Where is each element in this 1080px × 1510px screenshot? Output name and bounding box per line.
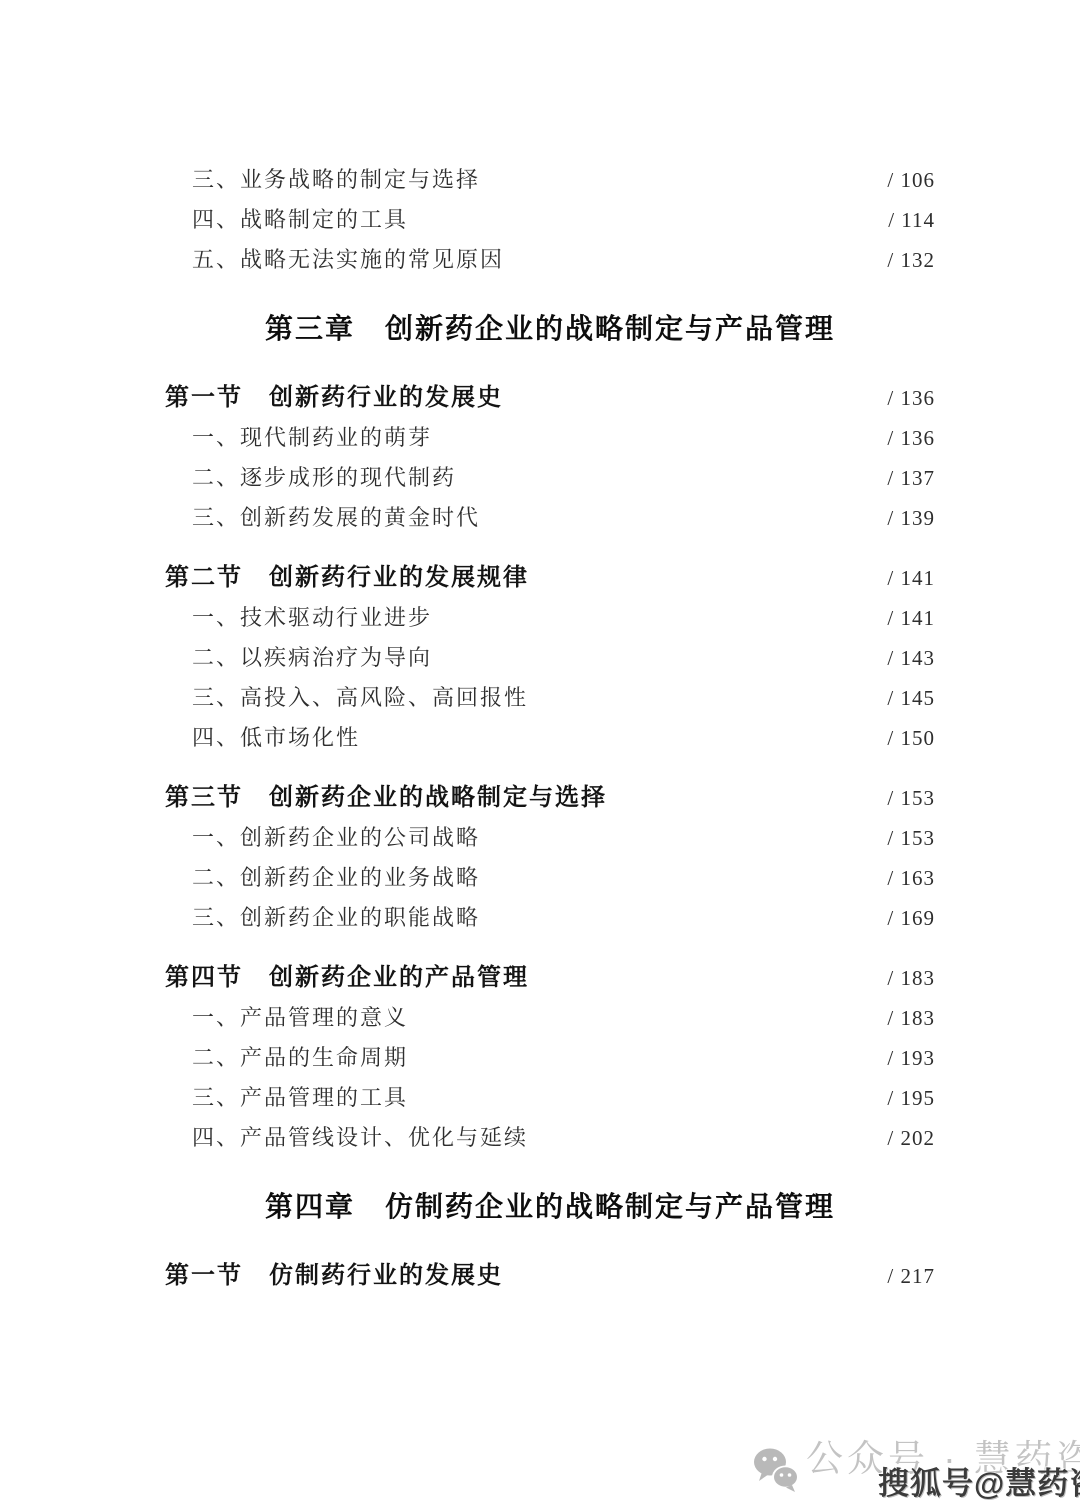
toc-item-row: 三、产品管理的工具/ 195	[165, 1078, 935, 1118]
toc-page-number: / 153	[887, 778, 935, 818]
toc-section-label: 第一节 仿制药行业的发展史	[165, 1256, 503, 1296]
toc-section-label: 第三节 创新药企业的战略制定与选择	[165, 778, 607, 818]
toc-page-number: / 150	[887, 718, 935, 758]
toc-item-row: 三、业务战略的制定与选择/ 106	[165, 160, 935, 200]
toc-section-label: 第四节 创新药企业的产品管理	[165, 958, 529, 998]
toc-page-number: / 153	[887, 818, 935, 858]
toc-item-row: 一、创新药企业的公司战略/ 153	[165, 818, 935, 858]
toc-page-number: / 114	[888, 200, 935, 240]
toc-page-number: / 141	[887, 558, 935, 598]
wechat-icon	[752, 1446, 802, 1496]
toc-item-row: 二、逐步成形的现代制药/ 137	[165, 458, 935, 498]
toc-item-row: 二、以疾病治疗为导向/ 143	[165, 638, 935, 678]
toc-item-label: 二、逐步成形的现代制药	[165, 458, 456, 498]
toc-item-label: 一、创新药企业的公司战略	[165, 818, 480, 858]
toc-item-row: 四、低市场化性/ 150	[165, 718, 935, 758]
toc-item-row: 三、创新药企业的职能战略/ 169	[165, 898, 935, 938]
toc-page-number: / 143	[887, 638, 935, 678]
sohu-watermark-text: 搜狐号@慧药咨询	[878, 1464, 1080, 1504]
toc-item-row: 二、创新药企业的业务战略/ 163	[165, 858, 935, 898]
toc-page-number: / 202	[887, 1118, 935, 1158]
chapter-heading: 第四章 仿制药企业的战略制定与产品管理	[165, 1184, 935, 1232]
toc-section-label: 第二节 创新药行业的发展规律	[165, 558, 529, 598]
toc-item-label: 三、创新药发展的黄金时代	[165, 498, 480, 538]
toc-page-number: / 137	[887, 458, 935, 498]
toc-section-label: 第一节 创新药行业的发展史	[165, 378, 503, 418]
toc-page-number: / 183	[887, 958, 935, 998]
toc-item-label: 三、产品管理的工具	[165, 1078, 408, 1118]
toc-page-number: / 163	[887, 858, 935, 898]
toc-page-number: / 195	[887, 1078, 935, 1118]
toc-item-label: 三、业务战略的制定与选择	[165, 160, 480, 200]
toc-page-number: / 217	[887, 1256, 935, 1296]
toc-section-row: 第三节 创新药企业的战略制定与选择/ 153	[165, 778, 935, 818]
toc-section-row: 第二节 创新药行业的发展规律/ 141	[165, 558, 935, 598]
toc-page-number: / 132	[887, 240, 935, 280]
toc-item-label: 四、产品管线设计、优化与延续	[165, 1118, 528, 1158]
toc-item-label: 二、创新药企业的业务战略	[165, 858, 480, 898]
toc-item-row: 三、高投入、高风险、高回报性/ 145	[165, 678, 935, 718]
toc-item-label: 一、现代制药业的萌芽	[165, 418, 432, 458]
toc-item-row: 四、产品管线设计、优化与延续/ 202	[165, 1118, 935, 1158]
toc-item-label: 二、以疾病治疗为导向	[165, 638, 432, 678]
toc-item-label: 四、战略制定的工具	[165, 200, 408, 240]
toc-page-number: / 193	[887, 1038, 935, 1078]
toc-item-label: 四、低市场化性	[165, 718, 360, 758]
toc-section-row: 第一节 仿制药行业的发展史/ 217	[165, 1256, 935, 1296]
toc-item-label: 一、产品管理的意义	[165, 998, 408, 1038]
toc-item-label: 一、技术驱动行业进步	[165, 598, 432, 638]
toc-item-row: 二、产品的生命周期/ 193	[165, 1038, 935, 1078]
toc-page-number: / 136	[887, 378, 935, 418]
table-of-contents: 三、业务战略的制定与选择/ 106四、战略制定的工具/ 114五、战略无法实施的…	[165, 160, 935, 1296]
toc-item-label: 三、创新药企业的职能战略	[165, 898, 480, 938]
toc-page-number: / 169	[887, 898, 935, 938]
toc-item-row: 三、创新药发展的黄金时代/ 139	[165, 498, 935, 538]
toc-item-row: 四、战略制定的工具/ 114	[165, 200, 935, 240]
toc-page-number: / 139	[887, 498, 935, 538]
toc-item-row: 一、现代制药业的萌芽/ 136	[165, 418, 935, 458]
toc-page-number: / 145	[887, 678, 935, 718]
toc-item-label: 五、战略无法实施的常见原因	[165, 240, 504, 280]
toc-item-row: 五、战略无法实施的常见原因/ 132	[165, 240, 935, 280]
toc-page-number: / 106	[887, 160, 935, 200]
toc-page-number: / 141	[887, 598, 935, 638]
toc-item-row: 一、技术驱动行业进步/ 141	[165, 598, 935, 638]
toc-item-row: 一、产品管理的意义/ 183	[165, 998, 935, 1038]
toc-section-row: 第四节 创新药企业的产品管理/ 183	[165, 958, 935, 998]
toc-item-label: 二、产品的生命周期	[165, 1038, 408, 1078]
toc-page-number: / 136	[887, 418, 935, 458]
toc-section-row: 第一节 创新药行业的发展史/ 136	[165, 378, 935, 418]
chapter-heading: 第三章 创新药企业的战略制定与产品管理	[165, 306, 935, 354]
toc-page-number: / 183	[887, 998, 935, 1038]
scanned-toc-page: 三、业务战略的制定与选择/ 106四、战略制定的工具/ 114五、战略无法实施的…	[0, 0, 1080, 1510]
toc-item-label: 三、高投入、高风险、高回报性	[165, 678, 528, 718]
